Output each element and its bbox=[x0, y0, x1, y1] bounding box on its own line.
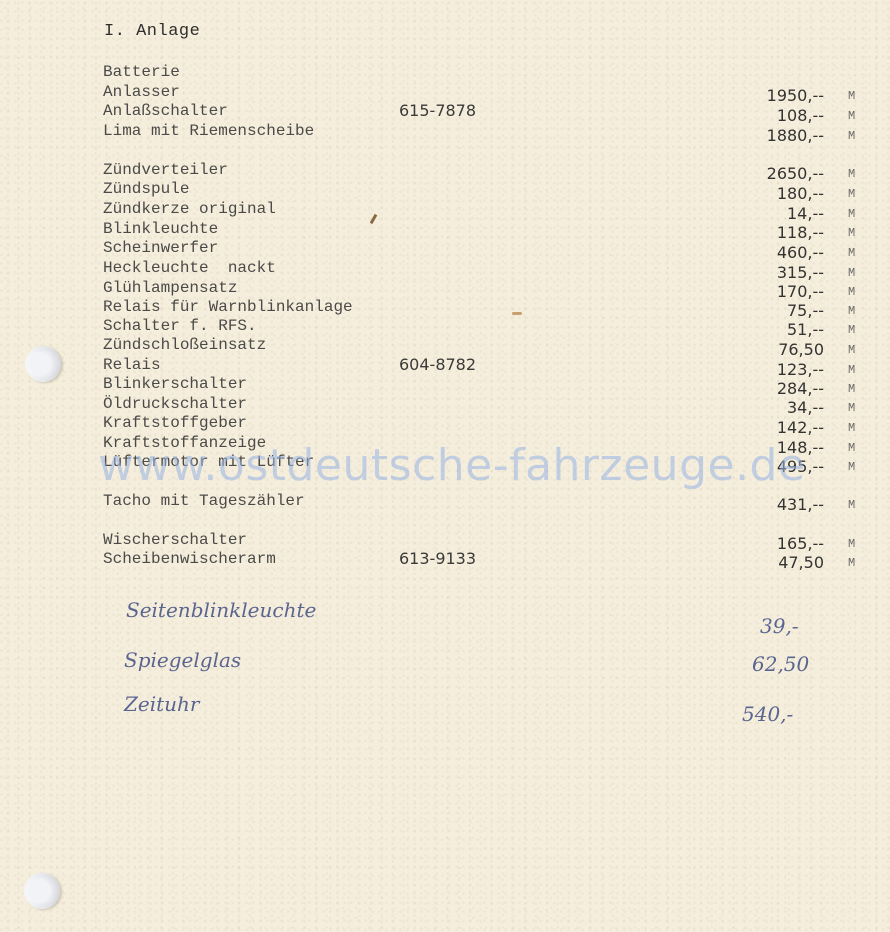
watermark: www.ostdeutsche-fahrzeuge.de bbox=[98, 440, 806, 491]
punch-hole bbox=[24, 873, 60, 909]
item-price: 47,50 bbox=[778, 553, 824, 573]
price-row: 1880,--M bbox=[0, 126, 890, 146]
currency-unit: M bbox=[848, 457, 855, 477]
handwritten-item-name: Spiegelglas bbox=[124, 648, 241, 672]
document-page: I. Anlage BatterieAnlasser1950,--MAnlaßs… bbox=[0, 0, 890, 932]
list-item: Batterie bbox=[0, 62, 890, 82]
item-price: 1880,-- bbox=[767, 126, 824, 146]
item-price: 431,-- bbox=[777, 495, 824, 515]
handwritten-item-name: Zeituhr bbox=[124, 692, 200, 716]
currency-unit: M bbox=[848, 553, 855, 573]
section-heading: I. Anlage bbox=[104, 22, 200, 41]
handwritten-item-name: Seitenblinkleuchte bbox=[126, 598, 316, 622]
price-row: 431,--M bbox=[0, 495, 890, 515]
handwritten-item-price: 39,- bbox=[760, 614, 799, 638]
price-row: 47,50M bbox=[0, 553, 890, 573]
handwritten-item-price: 62,50 bbox=[752, 652, 809, 676]
handwritten-item-price: 540,- bbox=[742, 702, 793, 726]
currency-unit: M bbox=[848, 126, 855, 146]
item-name: Batterie bbox=[103, 62, 180, 82]
paper-mark bbox=[512, 312, 522, 315]
punch-hole bbox=[25, 346, 61, 382]
currency-unit: M bbox=[848, 495, 855, 515]
